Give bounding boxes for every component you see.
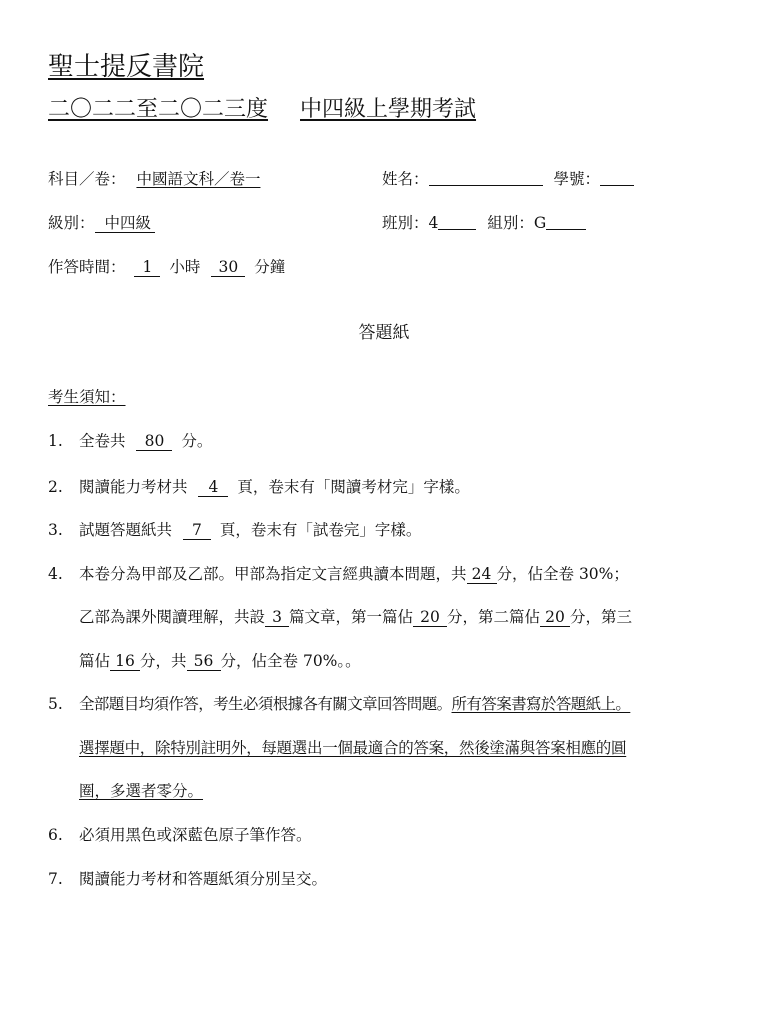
notice-item-1: 1. 全卷共 80 分。 [0,430,768,452]
item-text: 分，共 [140,652,187,670]
exam-year: 二〇二二至二〇二三度 [48,97,268,122]
notice-item-7: 7. 閱讀能力考材和答題紙須分別呈交。 [0,868,768,890]
time-field: 作答時間： 1 小時 30 分鐘 [48,256,285,278]
item-number: 4. [48,563,63,585]
notice-heading: 考生須知： [48,386,126,408]
hours-unit: 小時 [169,258,200,276]
student-no-label: 學號： [553,170,600,188]
hours-value: 1 [134,258,160,277]
exam-name: 中四級上學期考試 [300,97,476,122]
item-number: 1. [48,430,63,452]
passage-2-marks: 20 [540,608,570,627]
level-value: 中四級 [95,214,156,233]
school-name: 聖士提反書院 [48,50,204,84]
item-text: 頁，卷末有「試卷完」字樣。 [220,521,422,539]
notice-item-4: 4. 本卷分為甲部及乙部。甲部為指定文言經典讀本問題，共24分，佔全卷 30%； [0,563,768,585]
item-text: 閱讀能力考材共 [79,478,188,496]
notice-item-5-line-2: 選擇題中，除特別註明外，每題選出一個最適合的答案，然後塗滿與答案相應的圓 [79,737,626,759]
time-label: 作答時間： [48,258,126,276]
notice-item-2: 2. 閱讀能力考材共 4 頁，卷末有「閱讀考材完」字樣。 [0,476,768,498]
student-no-blank[interactable] [600,169,634,186]
item-text: 分，佔全卷 30%； [497,565,629,583]
item-text: 全卷共 [79,432,126,450]
passage-3-marks: 16 [110,652,140,671]
notice-item-5-line-3: 圈，多選者零分。 [79,780,203,802]
item-text: 頁，卷末有「閱讀考材完」字樣。 [237,478,470,496]
item-text: 分。 [181,432,212,450]
level-label: 級別： [48,214,95,232]
name-blank[interactable] [429,169,543,186]
class-blank[interactable] [438,213,476,230]
name-field: 姓名： 學號： [382,168,634,190]
passage-count: 3 [265,608,289,627]
item-text: 閱讀能力考材和答題紙須分別呈交。 [79,868,327,890]
class-label: 班別： [382,214,429,232]
item-text: 篇佔 [79,652,110,670]
item-text: 分，第三 [570,608,632,626]
item-text: 本卷分為甲部及乙部。甲部為指定文言經典讀本問題，共 [79,565,467,583]
notice-item-6: 6. 必須用黑色或深藍色原子筆作答。 [0,824,768,846]
sheet-title: 答題紙 [0,321,768,345]
name-label: 姓名： [382,170,429,188]
notice-item-3: 3. 試題答題紙共 7 頁，卷末有「試卷完」字樣。 [0,519,768,541]
group-value: G [534,214,546,232]
exam-title: 二〇二二至二〇二三度中四級上學期考試 [48,95,476,125]
class-value: 4 [429,214,439,232]
item-text: 全部題目均須作答，考生必須根據各有關文章回答問題。 [79,695,452,713]
notice-item-4-line-2: 乙部為課外閱讀理解，共設3篇文章，第一篇佔20分，第二篇佔20分，第三 [79,606,632,628]
item-number: 6. [48,824,63,846]
total-marks: 80 [136,432,172,451]
group-blank[interactable] [546,213,586,230]
notice-item-5: 5. 全部題目均須作答，考生必須根據各有關文章回答問題。所有答案書寫於答題紙上。 [0,693,768,715]
part-b-marks: 56 [187,652,221,671]
notice-item-4-line-3: 篇佔16分，共56分，佔全卷 70%。。 [79,650,361,672]
paper-pages: 7 [183,521,211,540]
item-number: 5. [48,693,63,715]
item-text: 必須用黑色或深藍色原子筆作答。 [79,824,312,846]
item-number: 7. [48,868,63,890]
passage-1-marks: 20 [413,608,447,627]
group-label: 組別： [487,214,534,232]
subject-value: 中國語文科／卷一 [136,170,260,188]
item-text: 分，佔全卷 70%。。 [221,652,361,670]
level-field: 級別：中四級 [48,212,155,234]
part-a-marks: 24 [467,565,497,584]
class-field: 班別：4 組別：G [382,212,586,234]
item-text: 試題答題紙共 [79,521,172,539]
item-text: 篇文章，第一篇佔 [289,608,413,626]
item-number: 2. [48,476,63,498]
subject-field: 科目／卷： 中國語文科／卷一 [48,168,260,190]
item-number: 3. [48,519,63,541]
important-instruction: 所有答案書寫於答題紙上。 [452,695,631,713]
minutes-value: 30 [211,258,245,277]
item-text: 分，第二篇佔 [447,608,540,626]
reading-pages: 4 [198,478,228,497]
minutes-unit: 分鐘 [254,258,285,276]
subject-label: 科目／卷： [48,170,126,188]
item-text: 乙部為課外閱讀理解，共設 [79,608,265,626]
